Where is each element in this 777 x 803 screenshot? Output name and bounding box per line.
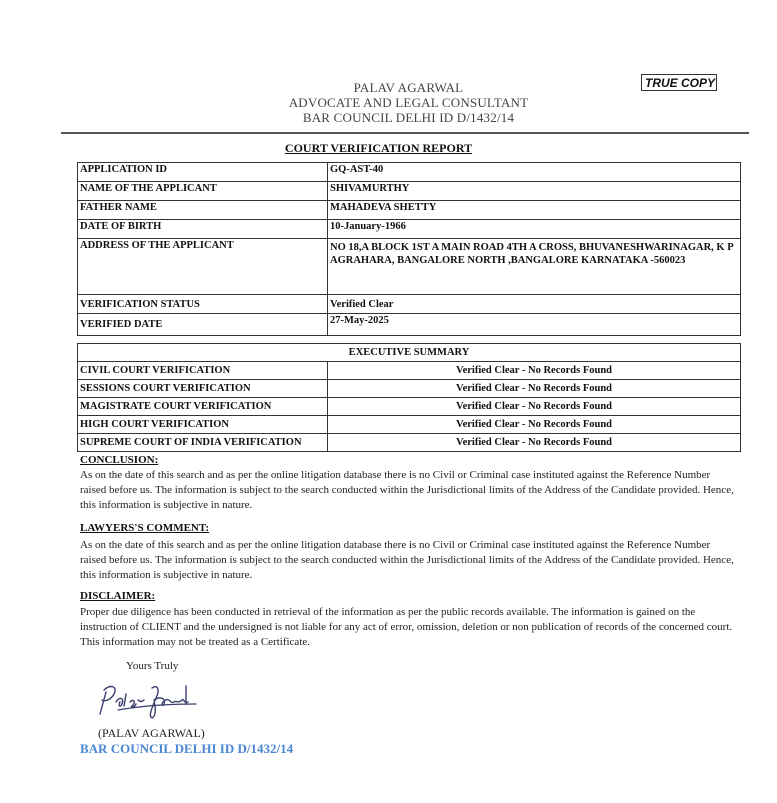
value-cell: NO 18,A BLOCK 1ST A MAIN ROAD 4TH A CROS… [328, 239, 741, 295]
value-cell: Verified Clear [328, 295, 741, 314]
applicant-details-table: APPLICATION IDGQ-AST-40 NAME OF THE APPL… [77, 162, 741, 336]
table-row: SUPREME COURT OF INDIA VERIFICATIONVerif… [78, 434, 741, 452]
value-cell: GQ-AST-40 [328, 163, 741, 182]
lawyers-comment-text: As on the date of this search and as per… [80, 538, 735, 583]
table-row: HIGH COURT VERIFICATIONVerified Clear - … [78, 416, 741, 434]
label-cell: CIVIL COURT VERIFICATION [78, 362, 328, 380]
disclaimer-text: Proper due diligence has been conducted … [80, 605, 735, 650]
value-cell: Verified Clear - No Records Found [328, 416, 741, 434]
label-cell: VERIFICATION STATUS [78, 295, 328, 314]
label-cell: SESSIONS COURT VERIFICATION [78, 380, 328, 398]
conclusion-text: As on the date of this search and as per… [80, 468, 735, 513]
conclusion-title: CONCLUSION: [80, 454, 158, 466]
value-cell: 27-May-2025 [328, 314, 741, 336]
table-row: CIVIL COURT VERIFICATIONVerified Clear -… [78, 362, 741, 380]
label-cell: VERIFIED DATE [78, 314, 328, 336]
table-row: SESSIONS COURT VERIFICATIONVerified Clea… [78, 380, 741, 398]
value-cell: Verified Clear - No Records Found [328, 434, 741, 452]
table-row: MAGISTRATE COURT VERIFICATIONVerified Cl… [78, 398, 741, 416]
label-cell: MAGISTRATE COURT VERIFICATION [78, 398, 328, 416]
table-row: APPLICATION IDGQ-AST-40 [78, 163, 741, 182]
header-divider [61, 132, 749, 134]
label-cell: HIGH COURT VERIFICATION [78, 416, 328, 434]
signatory-name: (PALAV AGARWAL) [98, 726, 205, 741]
value-cell: MAHADEVA SHETTY [328, 201, 741, 220]
label-cell: NAME OF THE APPLICANT [78, 182, 328, 201]
value-cell: SHIVAMURTHY [328, 182, 741, 201]
value-cell: 10-January-1966 [328, 220, 741, 239]
closing-text: Yours Truly [126, 660, 178, 672]
signatory-bar-id: BAR COUNCIL DELHI ID D/1432/14 [80, 741, 293, 757]
report-title: COURT VERIFICATION REPORT [0, 141, 757, 156]
label-cell: DATE OF BIRTH [78, 220, 328, 239]
table-row: FATHER NAMEMAHADEVA SHETTY [78, 201, 741, 220]
table-row: VERIFIED DATE27-May-2025 [78, 314, 741, 336]
summary-heading: EXECUTIVE SUMMARY [78, 344, 741, 362]
value-cell: Verified Clear - No Records Found [328, 380, 741, 398]
table-row: NAME OF THE APPLICANTSHIVAMURTHY [78, 182, 741, 201]
table-row: DATE OF BIRTH10-January-1966 [78, 220, 741, 239]
signature-icon [96, 680, 206, 727]
true-copy-stamp: TRUE COPY [641, 74, 717, 91]
value-cell: Verified Clear - No Records Found [328, 362, 741, 380]
table-row: EXECUTIVE SUMMARY [78, 344, 741, 362]
disclaimer-title: DISCLAIMER: [80, 590, 155, 602]
advocate-title: ADVOCATE AND LEGAL CONSULTANT [0, 95, 777, 111]
label-cell: APPLICATION ID [78, 163, 328, 182]
table-row: ADDRESS OF THE APPLICANTNO 18,A BLOCK 1S… [78, 239, 741, 295]
label-cell: FATHER NAME [78, 201, 328, 220]
label-cell: SUPREME COURT OF INDIA VERIFICATION [78, 434, 328, 452]
executive-summary-table: EXECUTIVE SUMMARY CIVIL COURT VERIFICATI… [77, 343, 741, 452]
advocate-bar-id: BAR COUNCIL DELHI ID D/1432/14 [0, 110, 777, 126]
value-cell: Verified Clear - No Records Found [328, 398, 741, 416]
lawyers-comment-title: LAWYERS'S COMMENT: [80, 522, 209, 534]
table-row: VERIFICATION STATUSVerified Clear [78, 295, 741, 314]
label-cell: ADDRESS OF THE APPLICANT [78, 239, 328, 295]
